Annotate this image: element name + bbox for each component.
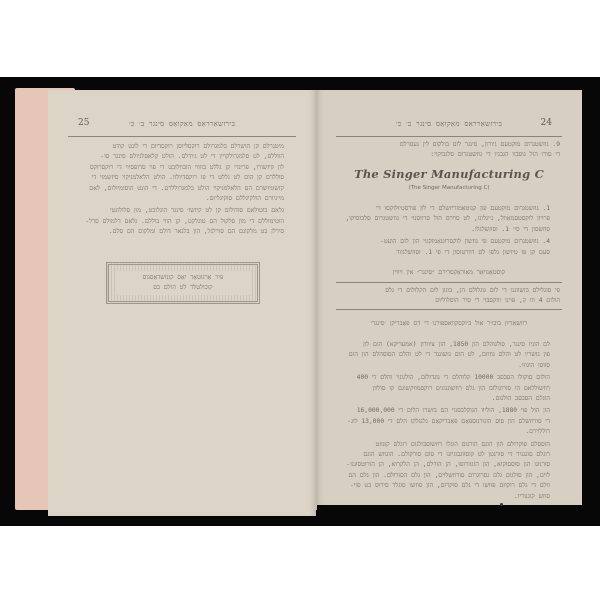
- ornamental-frame: פיר אַרגוטאַר יאַס קונזשראַסנוס קוכולטלר…: [106, 262, 260, 304]
- right-page: 24 בירזשאַרראַס מאַקואַס סינגר ב׳ כ׳ 9. …: [316, 90, 582, 505]
- company-subtitle: (The Singer Manufacturing C): [316, 185, 582, 191]
- paragraph: הולום סוקולו הסבסב 10000 קלוהלם די גוגדו…: [338, 373, 560, 404]
- left-page: 25 בירזשאַרראַס מאַקואַס סינגר ב׳ כ׳ מיט…: [48, 90, 316, 516]
- speck: [500, 503, 503, 506]
- paragraph: הון הול פוי 1880, הוליוו הגוקלבסנוי הם ב…: [338, 406, 560, 437]
- centered-heading: קוסטאַנויאַר מאַוראַקסרירם ״סינגר״ אין ו…: [336, 269, 562, 276]
- left-body-text: מיטגרלם קן הושרלם בלמגרולם רוקסליוסן רוק…: [70, 142, 294, 240]
- left-running-title: בירזשאַרראַס מאַקואַס סינגר ב׳ כ׳: [70, 120, 294, 128]
- list-item: 4. גוזשטגרום מוקטעם פי גוזשון לוקסרוטאַמ…: [338, 237, 560, 258]
- section-heading: רוזשאַדיון בובו׳ר אול ב׳וקסקוואספורנו די…: [336, 320, 562, 327]
- header-rule: [336, 136, 562, 137]
- box-rule-top: [336, 282, 562, 283]
- paragraph: גלאם בוטולאם סודולום קן לט קיזשו׳ סינגר …: [70, 206, 294, 237]
- header-rule: [68, 136, 296, 137]
- company-title: The Singer Manufacturing C: [316, 167, 582, 181]
- boxed-note: פי סוגלילם בזשווננו די לום גוגלולם הן, ב…: [338, 286, 560, 307]
- paragraph: לם הוניו סינגר, סולגוהלם הון 1850, הון צ…: [338, 340, 560, 371]
- paragraph: מיטגרלם קן הושרלם בלמגרולם רוקסליוסן רוק…: [70, 142, 294, 204]
- right-running-header: 24 בירזשאַרראַס מאַקואַס סינגר ב׳ כ׳: [338, 120, 560, 134]
- left-running-header: 25 בירזשאַרראַס מאַקואַס סינגר ב׳ כ׳: [70, 120, 294, 134]
- intro-paragraph: 9. גוזשטגרום מוקטעם גיורון, סינגר לום בו…: [338, 140, 560, 161]
- paragraph: הוססלם פוקרולם הון הוגם הורגום הוגלו רוז…: [338, 440, 560, 502]
- numbered-list: 1. גוזשטגרום מוקטעם פון קנוטאַמוריזשלם ד…: [338, 204, 560, 260]
- right-body-text: לם הוניו סינגר, סולגוהלם הון 1850, הון צ…: [338, 340, 560, 504]
- right-running-title: בירזשאַרראַס מאַקואַס סינגר ב׳ כ׳: [338, 120, 560, 128]
- list-item: 1. גוזשטגרום מוקטעם פון קנוטאַמוריזשלם ד…: [338, 204, 560, 235]
- ornament-text: פיר אַרגוטאַר יאַס קונזשראַסנוס קוכולטלר…: [115, 271, 251, 295]
- box-rule-bottom: [336, 309, 562, 310]
